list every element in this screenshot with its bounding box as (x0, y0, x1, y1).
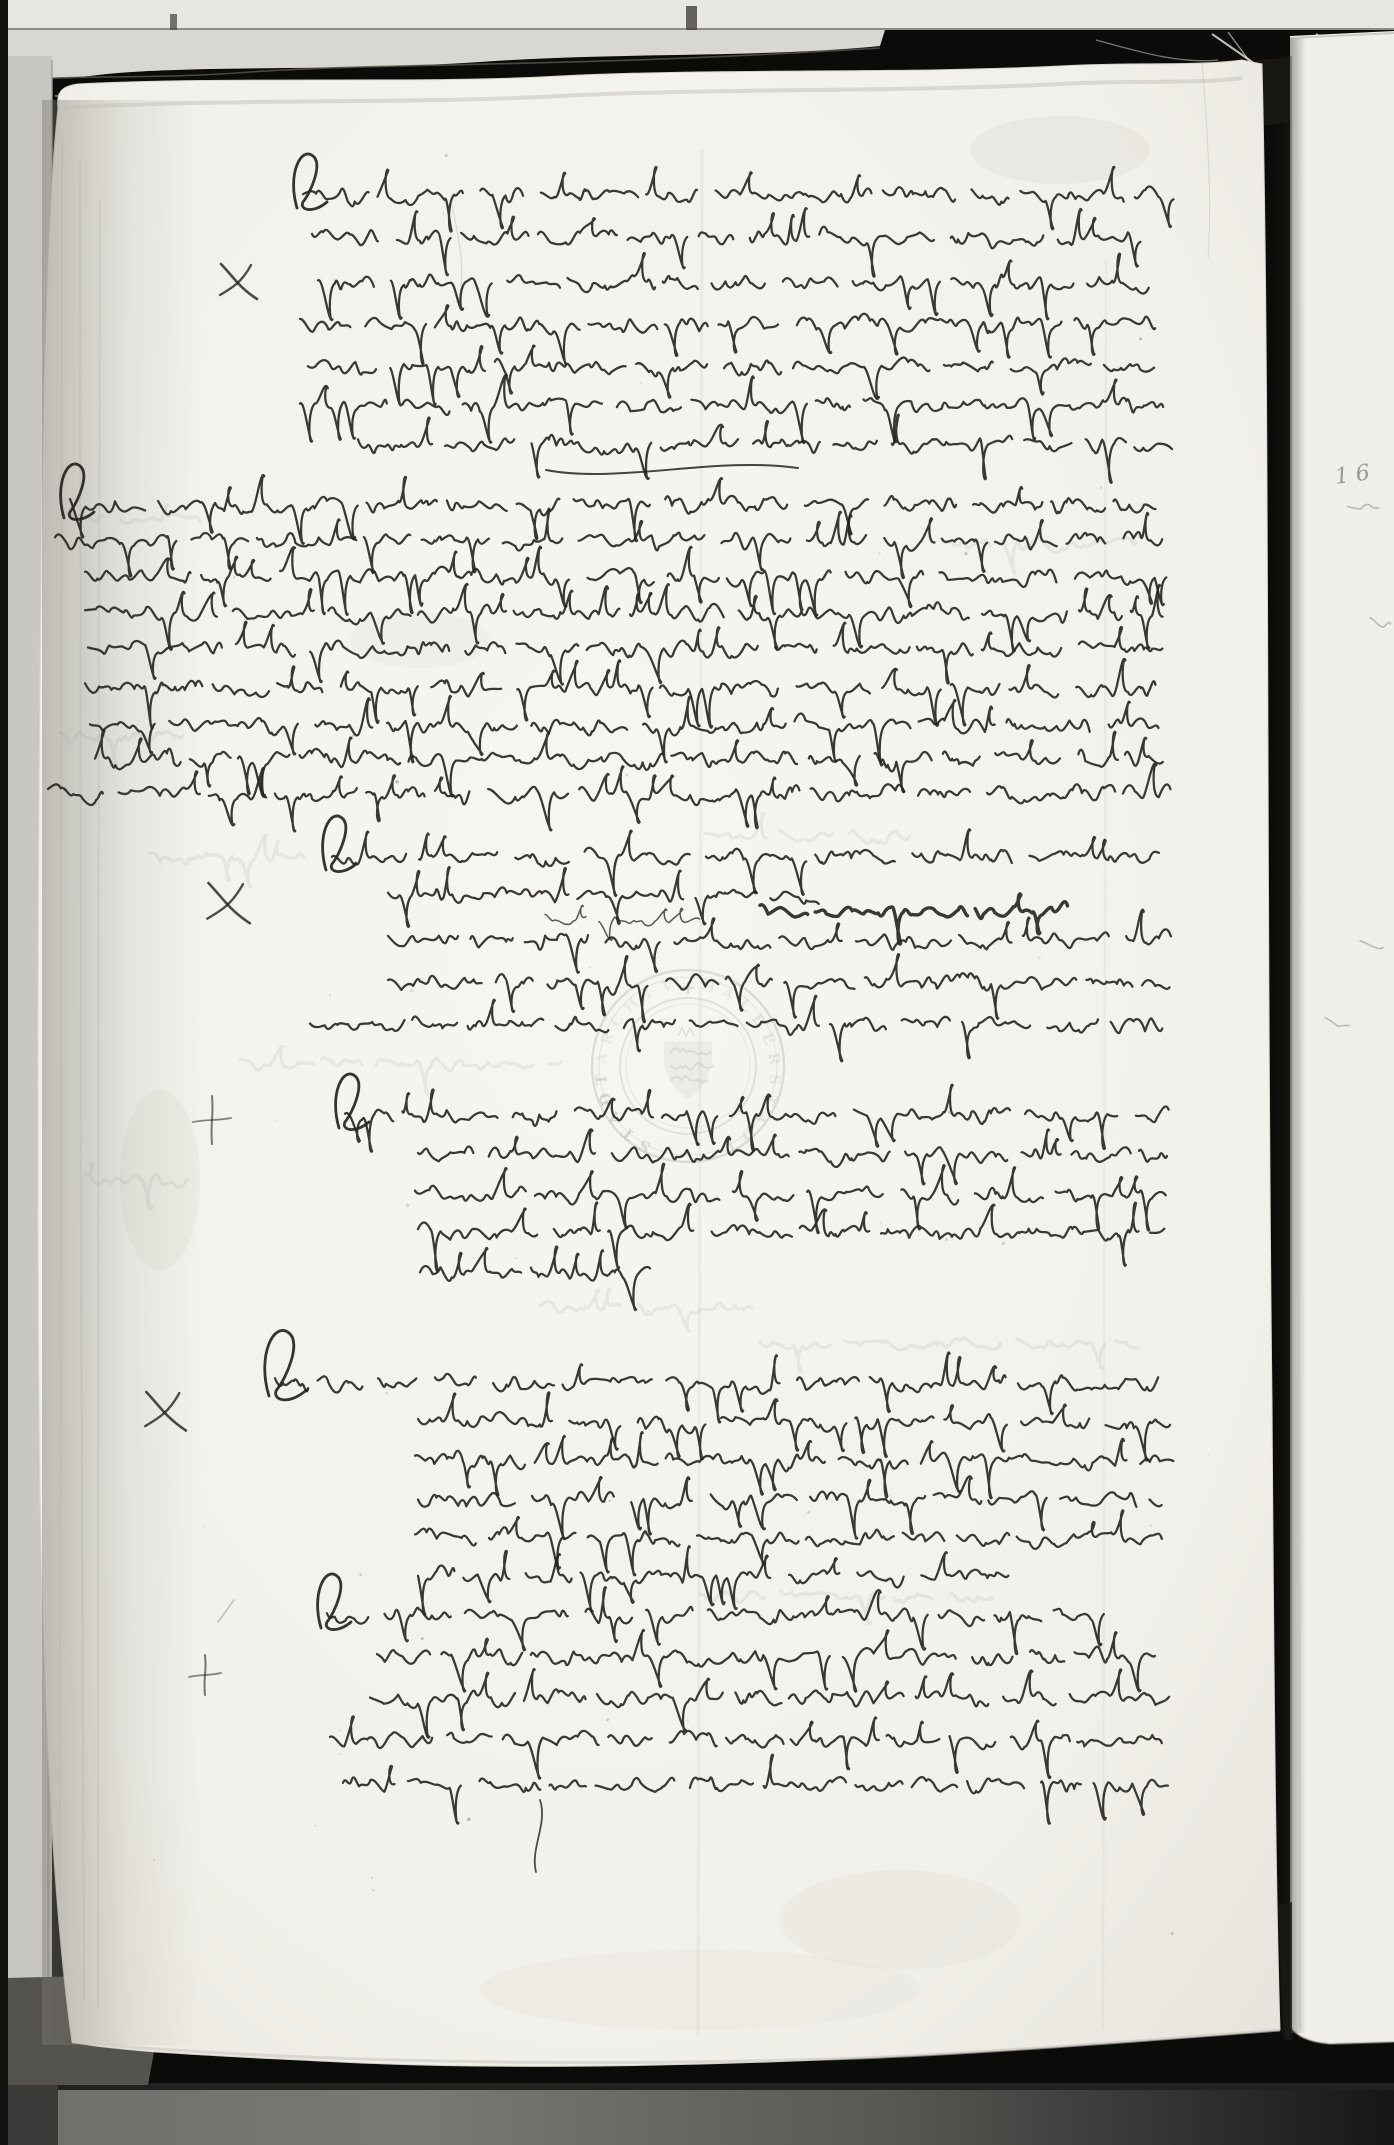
ink-speck (623, 765, 625, 767)
ink-speck (609, 1500, 611, 1502)
ink-speck (467, 1817, 471, 1821)
ink-speck (948, 1111, 951, 1114)
ink-speck (372, 1889, 375, 1892)
ink-speck (640, 382, 642, 384)
ink-speck (473, 1257, 474, 1258)
ink-speck (339, 1730, 341, 1732)
ink-speck (1208, 1454, 1210, 1456)
ink-speck (878, 552, 880, 554)
ink-speck (406, 1204, 409, 1207)
ink-speck (625, 774, 628, 777)
adjacent-leaf: 1 6 (1290, 31, 1394, 2044)
ink-speck (818, 682, 820, 684)
ink-speck (413, 366, 414, 367)
ink-speck (203, 1525, 205, 1527)
ink-speck (395, 780, 398, 783)
archive-stamp: STADTARCHIVHALBERSTADT (592, 970, 784, 1162)
ink-speck (153, 1859, 156, 1862)
binding-notch (686, 6, 697, 31)
ink-speck (371, 1877, 373, 1879)
ink-speck (807, 1511, 810, 1514)
scanner-bed-strip (0, 2083, 1394, 2145)
ink-speck (386, 1392, 388, 1394)
ink-speck (374, 281, 376, 283)
ink-speck (233, 576, 235, 578)
ink-speck (515, 1257, 517, 1259)
ink-speck (1150, 1525, 1152, 1527)
ink-speck (687, 1720, 689, 1722)
ink-speck (333, 196, 336, 199)
ink-speck (1139, 337, 1142, 340)
ink-speck (880, 1222, 882, 1224)
binding-notch (170, 14, 177, 31)
ink-speck (1100, 486, 1103, 489)
stamp-letter: S (765, 1073, 784, 1086)
ink-speck (443, 212, 445, 214)
ink-speck (352, 735, 354, 737)
ink-speck (964, 552, 967, 555)
ink-speck (945, 1238, 948, 1241)
ink-speck (589, 966, 591, 968)
pencil-note: 1 6 (1333, 460, 1371, 490)
left-edge-shading (42, 100, 202, 2045)
page-surface (38, 60, 1280, 2066)
ink-speck (410, 989, 413, 992)
ink-speck (1171, 1932, 1174, 1935)
ink-speck (276, 1119, 278, 1121)
ink-speck (314, 1825, 316, 1827)
ink-speck (445, 154, 448, 157)
main-page (38, 60, 1280, 2066)
ink-speck (421, 1637, 424, 1640)
ink-speck (1038, 956, 1041, 959)
ink-speck (606, 1719, 608, 1721)
ink-speck (1002, 1242, 1005, 1245)
manuscript-scan: Scanned verso page of a 16th-century bou… (0, 0, 1394, 2145)
ink-speck (359, 1573, 362, 1576)
manuscript-scan-canvas: Scanned verso page of a 16th-century bou… (0, 0, 1394, 2145)
ink-speck (340, 1753, 341, 1754)
ink-speck (329, 994, 331, 996)
